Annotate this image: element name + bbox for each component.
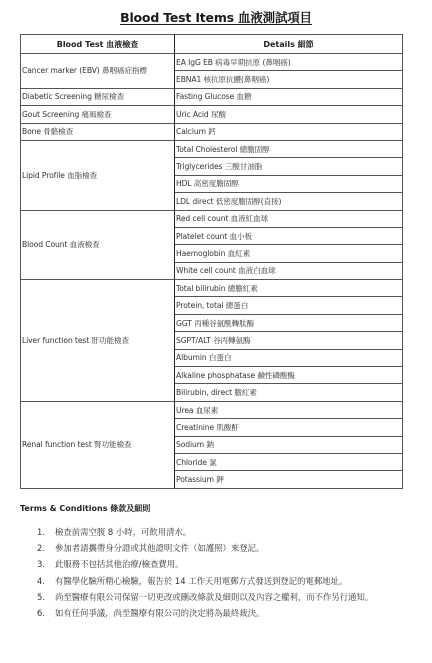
column-header-details: Details 細節 [175,35,403,54]
category-cell: Diabetic Screening 糖尿檢查 [21,88,175,105]
detail-cell: Red cell count 血液紅血球 [175,210,403,227]
detail-cell: Potassium 鉀 [175,471,403,488]
category-cell: Bone 骨骼檢查 [21,123,175,140]
terms-item-number: 3. [37,556,45,572]
table-header-row: Blood Test 血液檢查 Details 細節 [21,35,403,54]
detail-cell: Albumin 白蛋白 [175,349,403,366]
terms-item-number: 6. [37,605,45,621]
terms-item-text: 有醫學化驗所精心檢驗，報告於 14 工作天用電郵方式發送到登記的電郵地址。 [55,576,347,586]
detail-cell: Fasting Glucose 血糖 [175,88,403,105]
terms-item: 4. 有醫學化驗所精心檢驗，報告於 14 工作天用電郵方式發送到登記的電郵地址。 [0,573,432,589]
detail-cell: EBNA1 核抗原抗體(鼻咽癌) [175,71,403,88]
detail-cell: Total Cholesterol 總膽固醇 [175,140,403,157]
terms-item-number: 1. [37,524,45,540]
terms-item-text: 此服務不包括其他治療/檢查費用。 [55,559,183,569]
detail-cell: White cell count 血液白血球 [175,262,403,279]
detail-cell: Urea 血尿素 [175,401,403,418]
detail-cell: LDL direct 低密度膽固醇(直接) [175,193,403,210]
detail-cell: Uric Acid 尿酸 [175,106,403,123]
table-row: Blood Count 血液檢查 Red cell count 血液紅血球 [21,210,403,227]
table-row: Bone 骨骼檢查 Calcium 鈣 [21,123,403,140]
detail-cell: Chloride 氯 [175,453,403,470]
blood-test-table: Blood Test 血液檢查 Details 細節 Cancer marker… [20,34,403,489]
detail-cell: Calcium 鈣 [175,123,403,140]
detail-cell: SGPT/ALT 谷丙轉氨酶 [175,332,403,349]
detail-cell: Platelet count 血小板 [175,227,403,244]
terms-item: 1. 檢查前需空腹 8 小時，可飲用清水。 [0,524,432,540]
terms-item-text: 如有任何爭議，尚至醫療有限公司的決定將為最終裁決。 [55,608,264,618]
table-row: Gout Screening 痛風檢查 Uric Acid 尿酸 [21,106,403,123]
detail-cell: Protein, total 總蛋白 [175,297,403,314]
terms-item: 2. 參加者請攜帶身分證或其他證明文件（如護照）來登記。 [0,540,432,556]
terms-item: 6. 如有任何爭議，尚至醫療有限公司的決定將為最終裁決。 [0,605,432,621]
terms-item: 3. 此服務不包括其他治療/檢查費用。 [0,556,432,572]
detail-cell: Total bilirubin 總膽紅素 [175,280,403,297]
terms-heading: Terms & Conditions 條款及細則 [20,503,150,514]
detail-cell: Sodium 鈉 [175,436,403,453]
table-row: Renal function test 腎功能檢查 Urea 血尿素 [21,401,403,418]
table-row: Liver function test 肝功能檢查 Total bilirubi… [21,280,403,297]
table-row: Diabetic Screening 糖尿檢查 Fasting Glucose … [21,88,403,105]
category-cell: Lipid Profile 血脂檢查 [21,140,175,210]
category-cell: Gout Screening 痛風檢查 [21,106,175,123]
category-cell: Renal function test 腎功能檢查 [21,401,175,488]
detail-cell: Haemoglobin 血紅素 [175,245,403,262]
page-title: Blood Test Items 血液測試項目 [0,8,432,26]
category-cell: Liver function test 肝功能檢查 [21,280,175,402]
detail-cell: EA IgG EB 病毒早期抗原 (鼻咽癌) [175,54,403,71]
terms-item-text: 尚至醫療有限公司保留一切更改或刪改條款及細則以及內容之權利，而不作另行通知。 [55,592,373,602]
terms-item-number: 4. [37,573,45,589]
column-header-blood-test: Blood Test 血液檢查 [21,35,175,54]
detail-cell: Triglycerides 三酸甘油脂 [175,158,403,175]
detail-cell: Bilirubin, direct 膽紅素 [175,384,403,401]
terms-item-text: 參加者請攜帶身分證或其他證明文件（如護照）來登記。 [55,543,264,553]
detail-cell: HDL 高密度膽固醇 [175,175,403,192]
table-row: Lipid Profile 血脂檢查 Total Cholesterol 總膽固… [21,140,403,157]
category-cell: Cancer marker (EBV) 鼻咽癌症指標 [21,54,175,89]
detail-cell: Alkaline phosphatase 鹼性磷酸酶 [175,367,403,384]
terms-list: 1. 檢查前需空腹 8 小時，可飲用清水。 2. 參加者請攜帶身分證或其他證明文… [0,524,432,621]
detail-cell: GGT 丙種谷氨酰轉肽酶 [175,314,403,331]
detail-cell: Creatinine 肌酸酐 [175,419,403,436]
category-cell: Blood Count 血液檢查 [21,210,175,280]
table-row: Cancer marker (EBV) 鼻咽癌症指標 EA IgG EB 病毒早… [21,54,403,71]
terms-item: 5. 尚至醫療有限公司保留一切更改或刪改條款及細則以及內容之權利，而不作另行通知… [0,589,432,605]
terms-item-number: 5. [37,589,45,605]
terms-item-number: 2. [37,540,45,556]
terms-item-text: 檢查前需空腹 8 小時，可飲用清水。 [55,527,191,537]
